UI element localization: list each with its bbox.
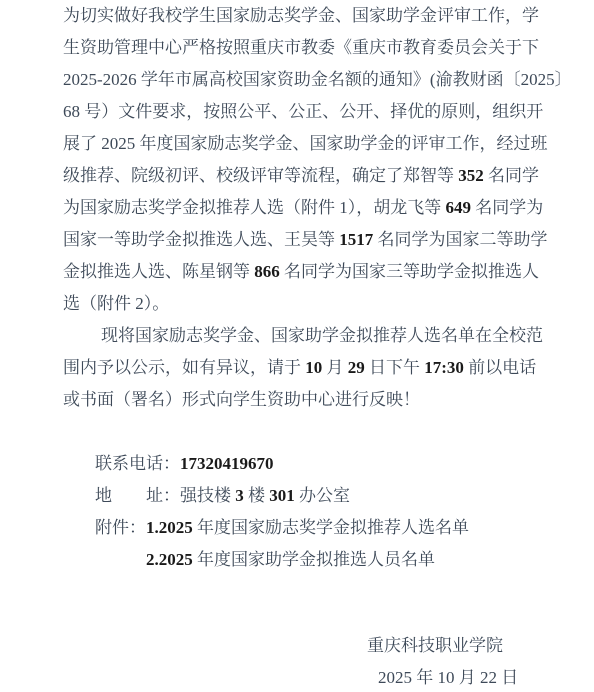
text-run: 日下午 — [365, 358, 425, 377]
text-run: 为国家励志奖学金拟推荐人选（附件 1），胡龙飞等 — [63, 198, 446, 217]
document-page: 为切实做好我校学生国家励志奖学金、国家助学金评审工作，学生资助管理中心严格按照重… — [0, 0, 594, 692]
text-line: 现将国家励志奖学金、国家助学金拟推荐人选名单在全校范 — [63, 320, 549, 352]
text-run: 金拟推选人选、陈星钢等 — [63, 262, 254, 281]
notice-body: 为切实做好我校学生国家励志奖学金、国家助学金评审工作，学生资助管理中心严格按照重… — [63, 0, 549, 416]
text-run: 办公室 — [295, 486, 350, 505]
contact-block: 联系电话：17320419670地 址：强技楼 3 楼 301 办公室附件：1.… — [95, 448, 555, 576]
text-run: 级推荐、院级初评、校级评审等流程，确定了郑智等 — [63, 166, 458, 185]
text-line: 地 址：强技楼 3 楼 301 办公室 — [95, 480, 555, 512]
text-run: 前以电话 — [464, 358, 536, 377]
text-line: 级推荐、院级初评、校级评审等流程，确定了郑智等 352 名同学 — [63, 160, 549, 192]
text-run: 现将国家励志奖学金、国家助学金拟推荐人选名单在全校范 — [101, 326, 543, 345]
text-run: 68 号）文件要求，按照公平、公正、公开、择优的原则，组织开 — [63, 102, 543, 121]
text-run: 名同学为国家三等助学金拟推选人 — [280, 262, 539, 281]
emphasized-number: 10 — [305, 358, 322, 377]
text-line: 金拟推选人选、陈星钢等 866 名同学为国家三等助学金拟推选人 — [63, 256, 549, 288]
text-run: 附件： — [95, 518, 146, 537]
text-run: 名同学 — [484, 166, 539, 185]
emphasized-number: 301 — [269, 486, 295, 505]
text-line: 2.2025 年度国家助学金拟推选人员名单 — [95, 544, 555, 576]
text-run: 展了 2025 年度国家励志奖学金、国家助学金的评审工作，经过班 — [63, 134, 548, 153]
emphasized-number: 352 — [458, 166, 484, 185]
text-run: 楼 — [244, 486, 270, 505]
text-run: 国家一等助学金拟推选人选、王昊等 — [63, 230, 339, 249]
emphasized-number: 17:30 — [424, 358, 464, 377]
text-run: 或书面（署名）形式向学生资助中心进行反映！ — [63, 390, 420, 409]
text-run: 联系电话： — [95, 454, 180, 473]
text-line: 围内予以公示，如有异议，请于 10 月 29 日下午 17:30 前以电话 — [63, 352, 549, 384]
text-line: 生资助管理中心严格按照重庆市教委《重庆市教育委员会关于下 — [63, 32, 549, 64]
text-line: 展了 2025 年度国家励志奖学金、国家助学金的评审工作，经过班 — [63, 128, 549, 160]
text-run: 地 址：强技楼 — [95, 486, 235, 505]
text-run: 月 — [322, 358, 348, 377]
text-run: 围内予以公示，如有异议，请于 — [63, 358, 305, 377]
emphasized-number: 2.2025 — [146, 550, 193, 569]
text-run: 为切实做好我校学生国家励志奖学金、国家助学金评审工作，学 — [63, 6, 539, 25]
text-line: 或书面（署名）形式向学生资助中心进行反映！ — [63, 384, 549, 416]
emphasized-number: 866 — [254, 262, 280, 281]
text-line: 为国家励志奖学金拟推荐人选（附件 1），胡龙飞等 649 名同学为 — [63, 192, 549, 224]
text-run: 选（附件 2）。 — [63, 294, 169, 313]
text-run: 年度国家励志奖学金拟推荐人选名单 — [193, 518, 469, 537]
emphasized-number: 1517 — [339, 230, 373, 249]
emphasized-number: 649 — [446, 198, 472, 217]
text-line: 选（附件 2）。 — [63, 288, 549, 320]
text-line: 2025-2026 学年市属高校国家资助金名额的通知》(渝教财函〔2025〕 — [63, 64, 549, 96]
text-run: 名同学为国家二等助学 — [373, 230, 547, 249]
text-run: 年度国家助学金拟推选人员名单 — [193, 550, 435, 569]
text-run: 名同学为 — [471, 198, 543, 217]
signature-date: 2025 年 10 月 22 日 — [378, 662, 518, 692]
emphasized-number: 1.2025 — [146, 518, 193, 537]
text-line: 联系电话：17320419670 — [95, 448, 555, 480]
signature-org: 重庆科技职业学院 — [367, 630, 503, 662]
emphasized-number: 17320419670 — [180, 454, 274, 473]
text-run: 2025-2026 学年市属高校国家资助金名额的通知》(渝教财函〔2025〕 — [63, 70, 572, 89]
text-run: 生资助管理中心严格按照重庆市教委《重庆市教育委员会关于下 — [63, 38, 539, 57]
emphasized-number: 29 — [348, 358, 365, 377]
text-line: 国家一等助学金拟推选人选、王昊等 1517 名同学为国家二等助学 — [63, 224, 549, 256]
emphasized-number: 3 — [235, 486, 244, 505]
text-line: 68 号）文件要求，按照公平、公正、公开、择优的原则，组织开 — [63, 96, 549, 128]
text-line: 附件：1.2025 年度国家励志奖学金拟推荐人选名单 — [95, 512, 555, 544]
text-line: 为切实做好我校学生国家励志奖学金、国家助学金评审工作，学 — [63, 0, 549, 32]
